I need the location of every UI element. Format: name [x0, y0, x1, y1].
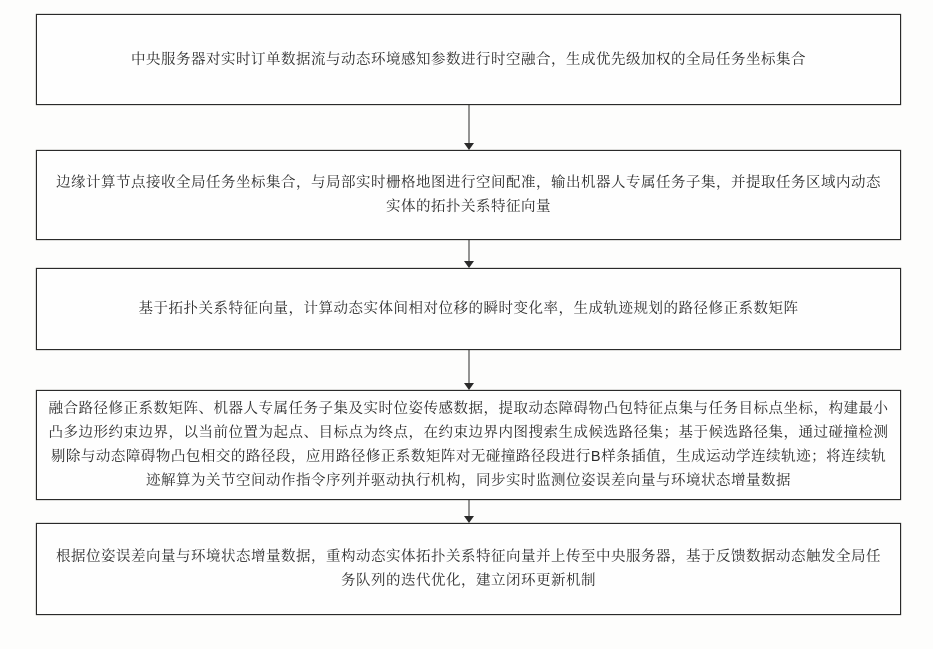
flow-step-4-text: 融合路径修正系数矩阵、机器人专属任务子集及实时位姿传感数据，提取动态障碍物凸包特…: [45, 397, 892, 493]
flowchart: 中央服务器对实时订单数据流与动态环境感知参数进行时空融合，生成优先级加权的全局任…: [36, 14, 901, 615]
flow-step-2-text: 边缘计算节点接收全局任务坐标集合，与局部实时栅格地图进行空间配准，输出机器人专属…: [51, 171, 886, 219]
down-arrow-icon: [462, 240, 476, 268]
flow-step-4-box: 融合路径修正系数矩阵、机器人专属任务子集及实时位姿传感数据，提取动态障碍物凸包特…: [36, 390, 901, 500]
flowchart-canvas: 中央服务器对实时订单数据流与动态环境感知参数进行时空融合，生成优先级加权的全局任…: [0, 0, 933, 649]
down-arrow-icon: [462, 350, 476, 390]
flow-step-2-box: 边缘计算节点接收全局任务坐标集合，与局部实时栅格地图进行空间配准，输出机器人专属…: [36, 150, 901, 240]
flow-step-5-box: 根据位姿误差向量与环境状态增量数据，重构动态实体拓扑关系特征向量并上传至中央服务…: [36, 523, 901, 615]
flow-step-1-box: 中央服务器对实时订单数据流与动态环境感知参数进行时空融合，生成优先级加权的全局任…: [36, 14, 901, 105]
down-arrow-icon: [462, 500, 476, 523]
down-arrow-icon: [462, 105, 476, 150]
flow-step-3-text: 基于拓扑关系特征向量，计算动态实体间相对位移的瞬时变化率，生成轨迹规划的路径修正…: [139, 297, 799, 321]
flow-step-1-text: 中央服务器对实时订单数据流与动态环境感知参数进行时空融合，生成优先级加权的全局任…: [131, 48, 806, 72]
flow-step-3-box: 基于拓扑关系特征向量，计算动态实体间相对位移的瞬时变化率，生成轨迹规划的路径修正…: [36, 268, 901, 350]
flow-step-5-text: 根据位姿误差向量与环境状态增量数据，重构动态实体拓扑关系特征向量并上传至中央服务…: [51, 545, 886, 593]
